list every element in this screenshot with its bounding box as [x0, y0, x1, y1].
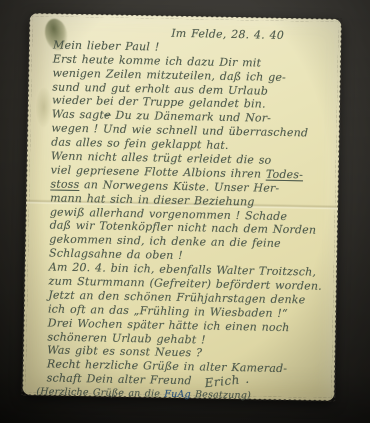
photo-background: Im Felde, 28. 4. 40Mein lieber Paul !Ers… [0, 0, 370, 423]
letter-card: Im Felde, 28. 4. 40Mein lieber Paul !Ers… [22, 13, 341, 401]
perforated-edge-top [30, 12, 342, 22]
paper-smudge [36, 87, 53, 127]
letter-text: Im Felde, 28. 4. 40Mein lieber Paul !Ers… [46, 24, 339, 404]
